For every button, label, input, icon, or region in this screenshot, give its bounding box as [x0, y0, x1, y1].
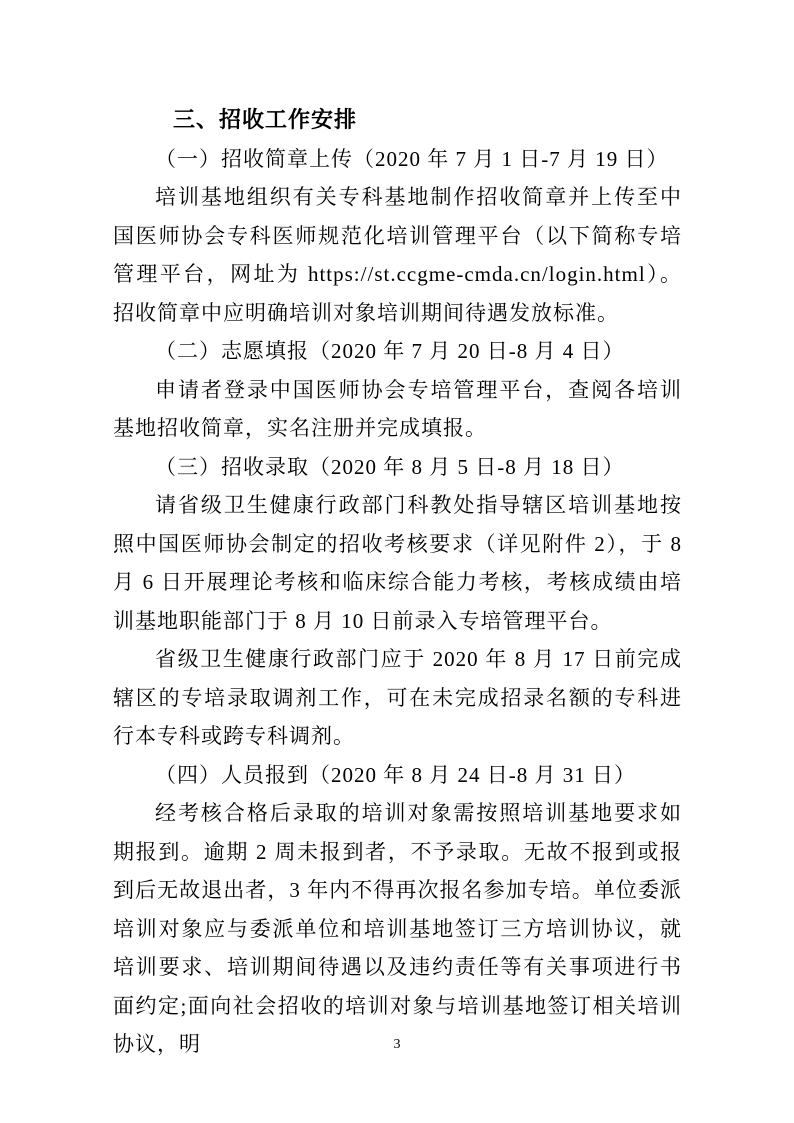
section-heading: 三、招收工作安排 [113, 101, 682, 140]
paragraph-admission-assessment: 请省级卫生健康行政部门科教处指导辖区培训基地按照中国医师协会制定的招收考核要求（… [113, 486, 682, 640]
subsection-title-recruitment-brochure-upload: （一）招收简章上传（2020 年 7 月 1 日-7 月 19 日） [113, 140, 682, 179]
subsection-title-application-filing: （二）志愿填报（2020 年 7 月 20 日-8 月 4 日） [113, 332, 682, 371]
subsection-title-admission: （三）招收录取（2020 年 8 月 5 日-8 月 18 日） [113, 448, 682, 487]
page-number: 3 [0, 1036, 794, 1054]
paragraph-application-filing: 申请者登录中国医师协会专培管理平台，查阅各培训基地招收简章，实名注册并完成填报。 [113, 371, 682, 448]
paragraph-admission-adjustment: 省级卫生健康行政部门应于 2020 年 8 月 17 日前完成辖区的专培录取调剂… [113, 640, 682, 756]
document-page: 三、招收工作安排 （一）招收简章上传（2020 年 7 月 1 日-7 月 19… [0, 0, 794, 1123]
subsection-title-personnel-registration: （四）人员报到（2020 年 8 月 24 日-8 月 31 日） [113, 756, 682, 795]
paragraph-personnel-registration: 经考核合格后录取的培训对象需按照培训基地要求如期报到。逾期 2 周未报到者，不予… [113, 794, 682, 1064]
paragraph-brochure-upload: 培训基地组织有关专科基地制作招收简章并上传至中国医师协会专科医师规范化培训管理平… [113, 178, 682, 332]
